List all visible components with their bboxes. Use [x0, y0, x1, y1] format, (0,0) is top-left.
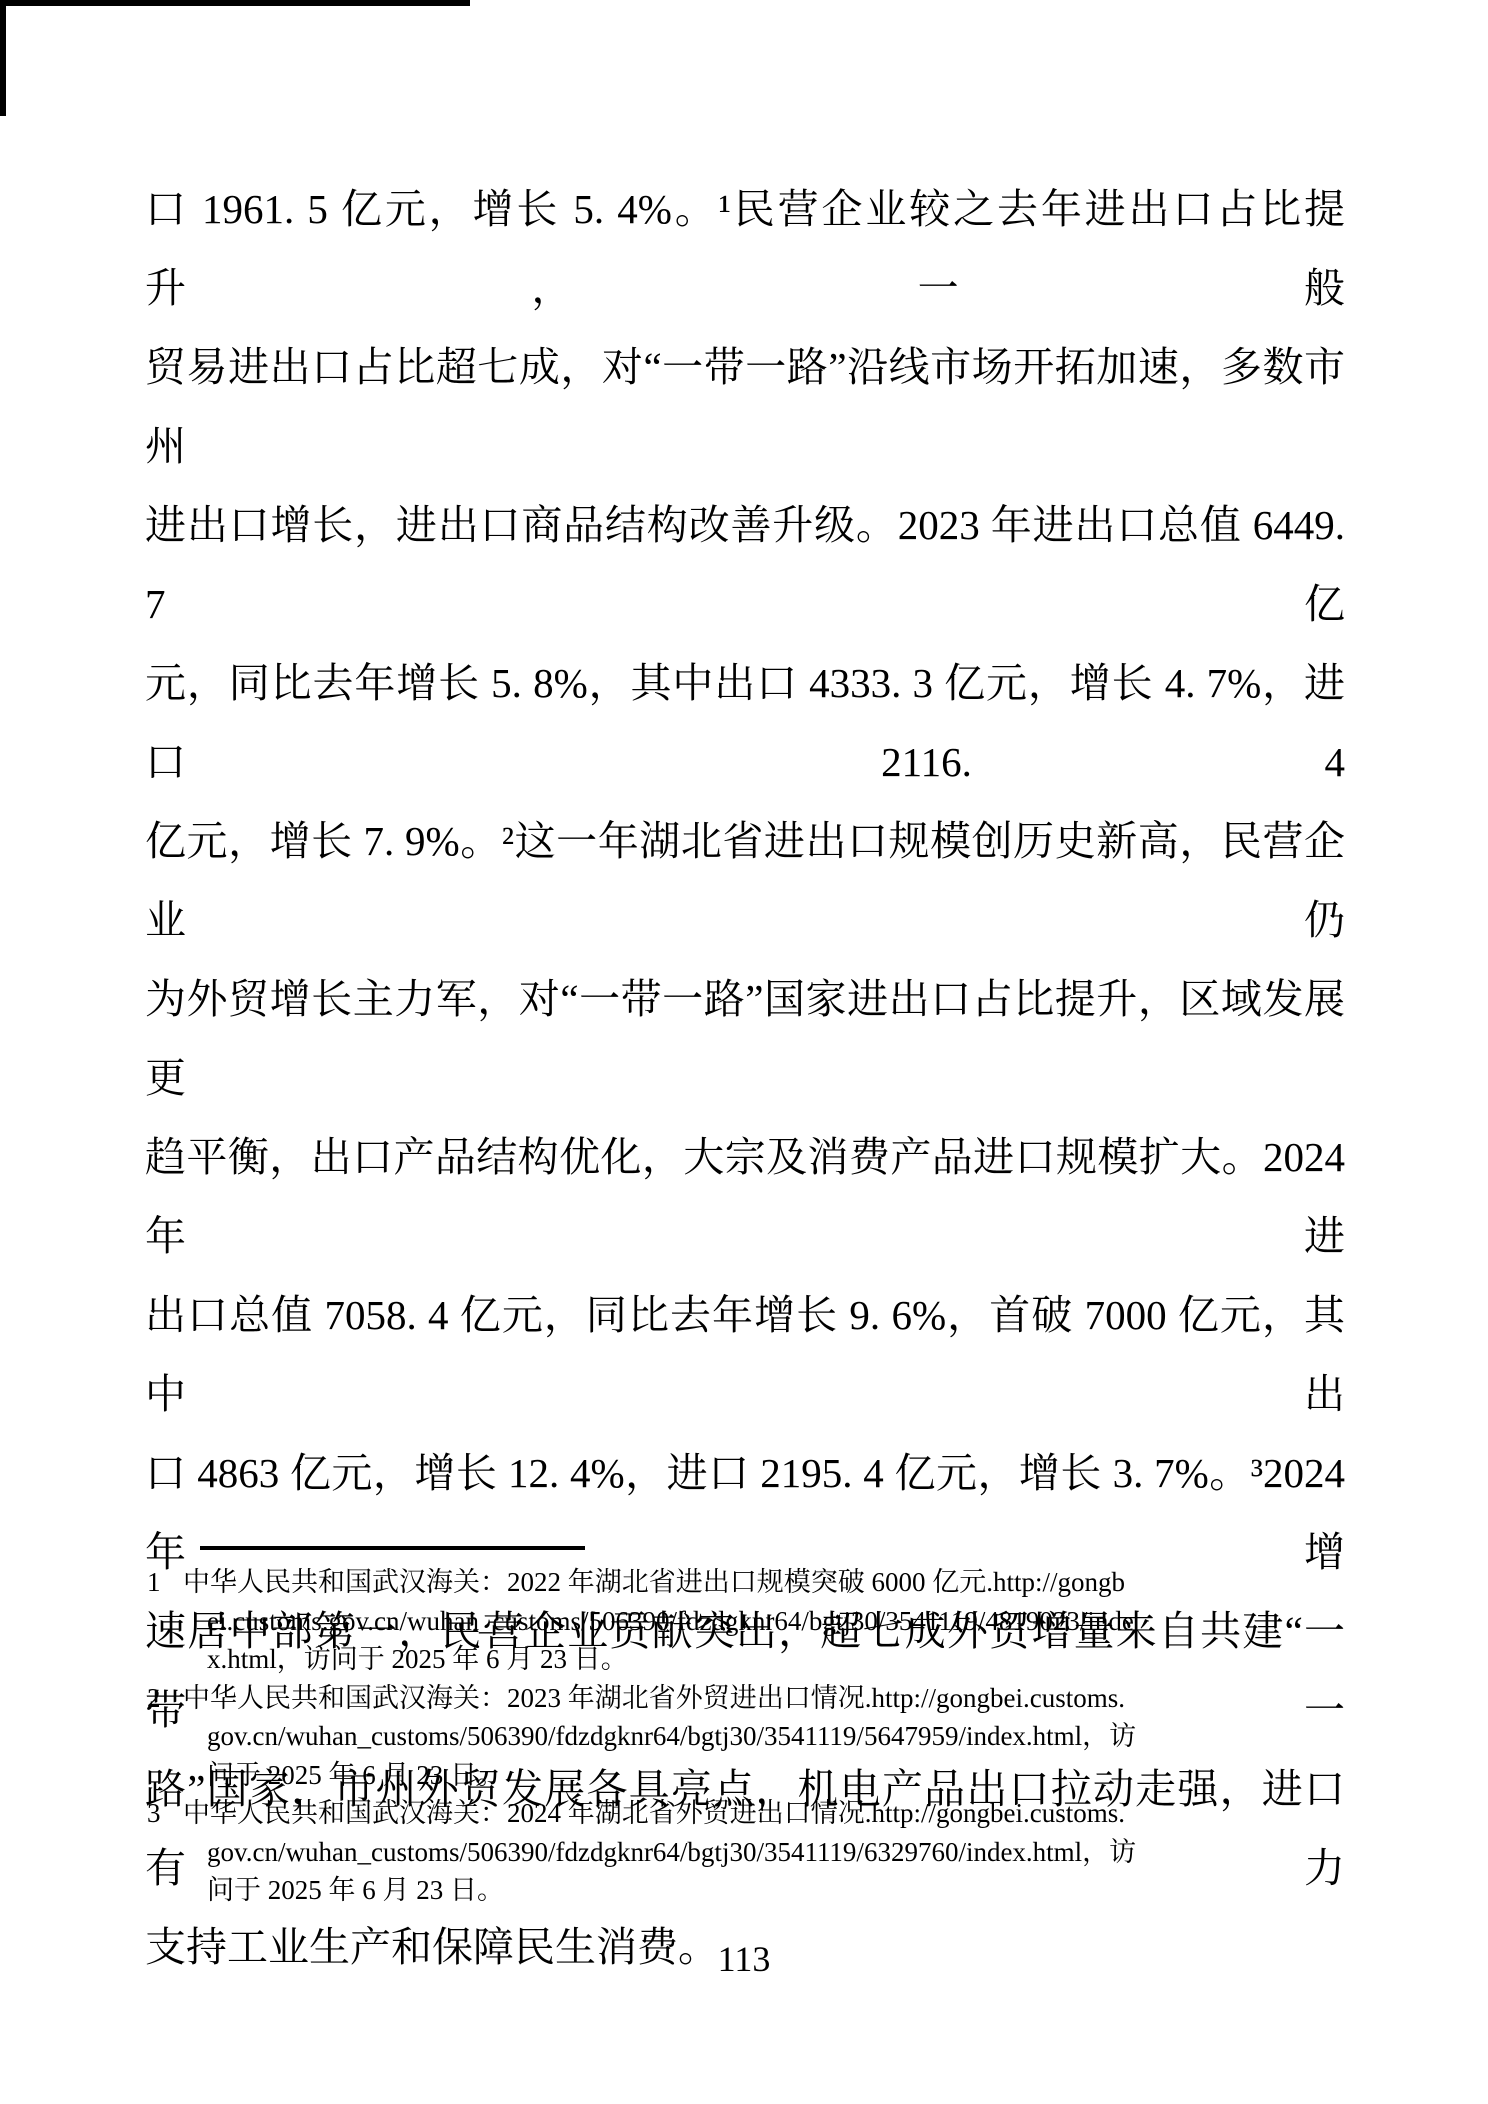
- footnote-text-line: gov.cn/wuhan_customs/506390/fdzdgknr64/b…: [207, 1833, 1360, 1872]
- footnote-3: 3 中华人民共和国武汉海关：2024 年湖北省外贸进出口情况.http://go…: [145, 1794, 1360, 1910]
- body-text-line: 出口总值 7058. 4 亿元，同比去年增长 9. 6%，首破 7000 亿元，…: [145, 1276, 1345, 1434]
- footnote-separator-rule: [200, 1546, 585, 1550]
- body-text-line: 贸易进出口占比超七成，对“一带一路”沿线市场开拓加速，多数市州: [145, 328, 1345, 486]
- footnote-marker: 2: [147, 1679, 161, 1718]
- footnote-2: 2 中华人民共和国武汉海关：2023 年湖北省外贸进出口情况.http://go…: [145, 1679, 1360, 1795]
- footnote-text-line: 中华人民共和国武汉海关：2023 年湖北省外贸进出口情况.http://gong…: [183, 1679, 1360, 1718]
- body-text-line: 进出口增长，进出口商品结构改善升级。2023 年进出口总值 6449. 7 亿: [145, 486, 1345, 644]
- footnote-text-line: 问于 2025 年 6 月 23 日。: [207, 1756, 1360, 1795]
- footnotes-section: 1 中华人民共和国武汉海关：2022 年湖北省进出口规模突破 6000 亿元.h…: [145, 1563, 1360, 1910]
- footnote-marker: 3: [147, 1794, 161, 1833]
- scan-artifact-top-bar: [0, 0, 470, 6]
- footnote-text-line: x.html，访问于 2025 年 6 月 23 日。: [207, 1640, 1360, 1679]
- scan-artifact-left-bar: [0, 0, 6, 116]
- footnote-text-line: gov.cn/wuhan_customs/506390/fdzdgknr64/b…: [207, 1717, 1360, 1756]
- footnote-1: 1 中华人民共和国武汉海关：2022 年湖北省进出口规模突破 6000 亿元.h…: [145, 1563, 1360, 1679]
- footnote-marker: 1: [147, 1563, 161, 1602]
- body-text-line: 亿元，增长 7. 9%。²这一年湖北省进出口规模创历史新高，民营企业仍: [145, 802, 1345, 960]
- footnote-text-line: 中华人民共和国武汉海关：2024 年湖北省外贸进出口情况.http://gong…: [183, 1794, 1360, 1833]
- page-number: 113: [0, 1938, 1488, 1980]
- body-text-line: 元，同比去年增长 5. 8%，其中出口 4333. 3 亿元，增长 4. 7%，…: [145, 644, 1345, 802]
- body-text-line: 为外贸增长主力军，对“一带一路”国家进出口占比提升，区域发展更: [145, 960, 1345, 1118]
- footnote-text-line: ei.customs.gov.cn/wuhan_customs/506390/f…: [207, 1602, 1360, 1641]
- footnote-text-line: 中华人民共和国武汉海关：2022 年湖北省进出口规模突破 6000 亿元.htt…: [183, 1563, 1360, 1602]
- document-page: 口 1961. 5 亿元，增长 5. 4%。¹民营企业较之去年进出口占比提升，一…: [0, 0, 1488, 2104]
- body-text-line: 趋平衡，出口产品结构优化，大宗及消费产品进口规模扩大。2024 年进: [145, 1118, 1345, 1276]
- footnote-text-line: 问于 2025 年 6 月 23 日。: [207, 1871, 1360, 1910]
- body-text-line: 口 1961. 5 亿元，增长 5. 4%。¹民营企业较之去年进出口占比提升，一…: [145, 170, 1345, 328]
